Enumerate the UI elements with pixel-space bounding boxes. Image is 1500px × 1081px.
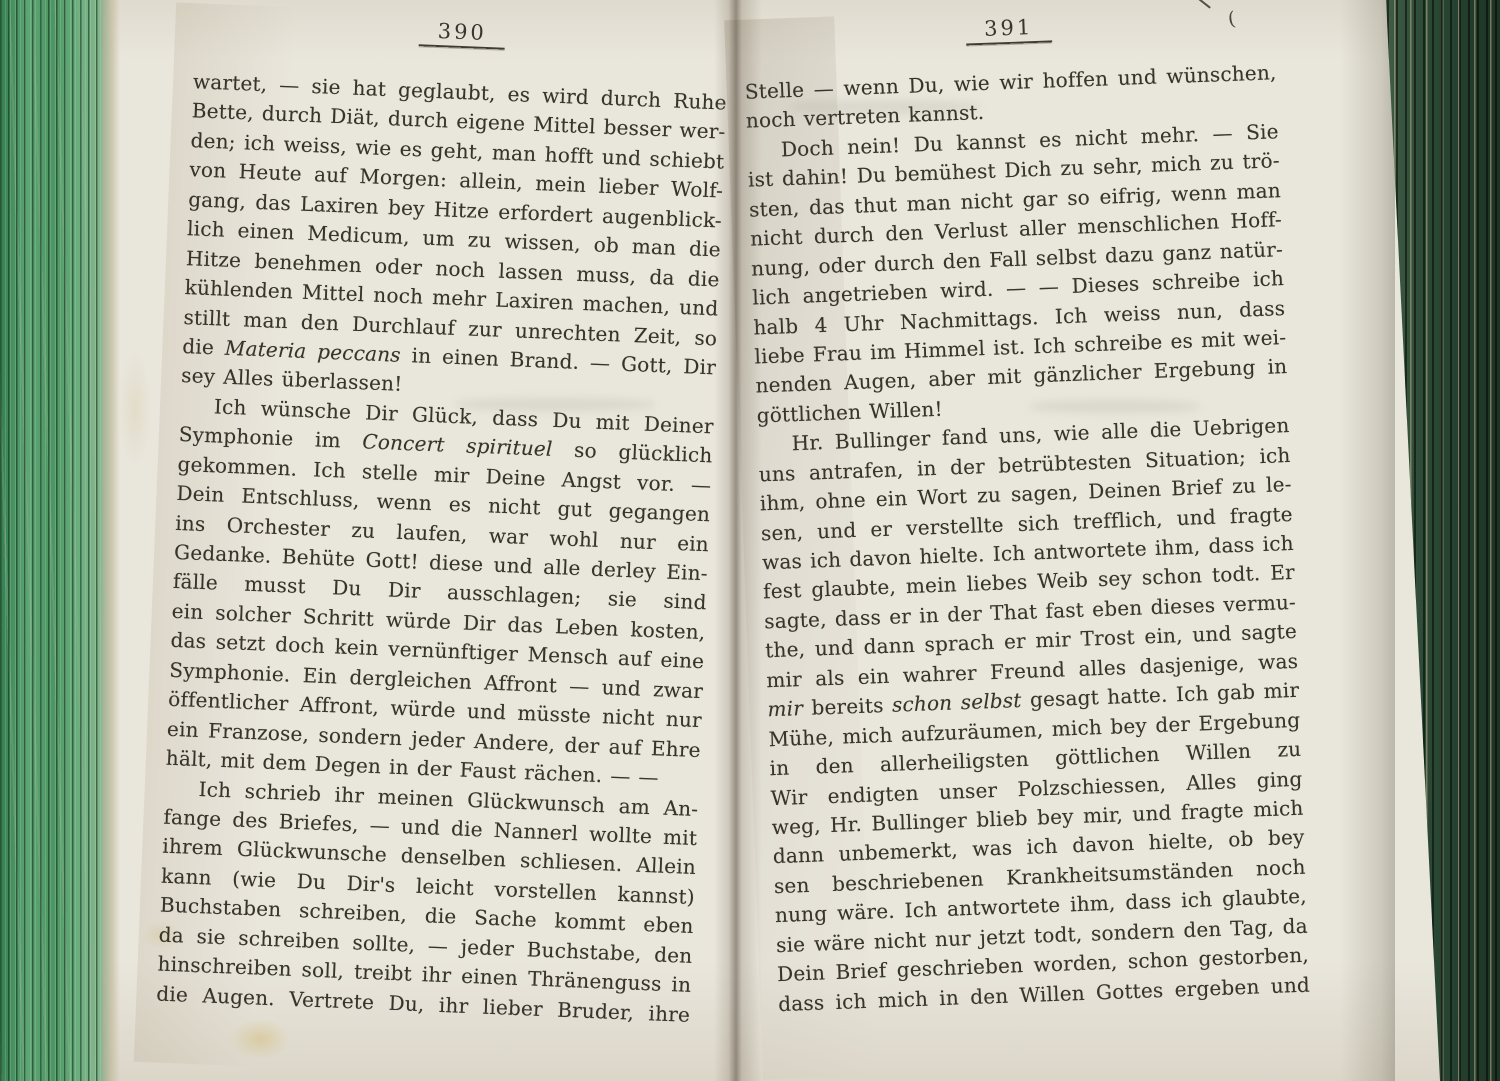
fore-edge-left-fade — [102, 0, 120, 1081]
text: göttlichen Willen! — [756, 396, 943, 427]
book-gutter-shadow — [714, 0, 762, 1081]
italic-text: mir — [767, 696, 803, 721]
page-left-text: wartet, — sie hat geglaubt, es wird durc… — [156, 67, 727, 1030]
text: Symphonie im — [178, 422, 362, 453]
italic-text: Concert spirituel — [362, 430, 553, 462]
book-photo: 390 wartet, — sie hat geglaubt, es wird … — [0, 0, 1500, 1081]
text: die — [182, 334, 225, 360]
italic-text: schon selbst — [892, 688, 1022, 717]
fore-edge-green-left — [0, 0, 102, 1081]
page-stack-green-right — [1378, 0, 1500, 1081]
text: sey Alles überlassen! — [181, 363, 403, 396]
page-number: 390 — [437, 19, 487, 45]
page-number: 391 — [984, 15, 1034, 41]
italic-text: Materia peccans — [224, 336, 401, 367]
text: bereits — [803, 693, 893, 720]
paper-stain — [118, 350, 152, 470]
page-right-text: Stelle — wenn Du, wie wir hoffen und wün… — [744, 58, 1310, 1019]
page-stack-right-shadow — [1340, 0, 1395, 1081]
text: noch vertreten kannst. — [745, 100, 984, 133]
